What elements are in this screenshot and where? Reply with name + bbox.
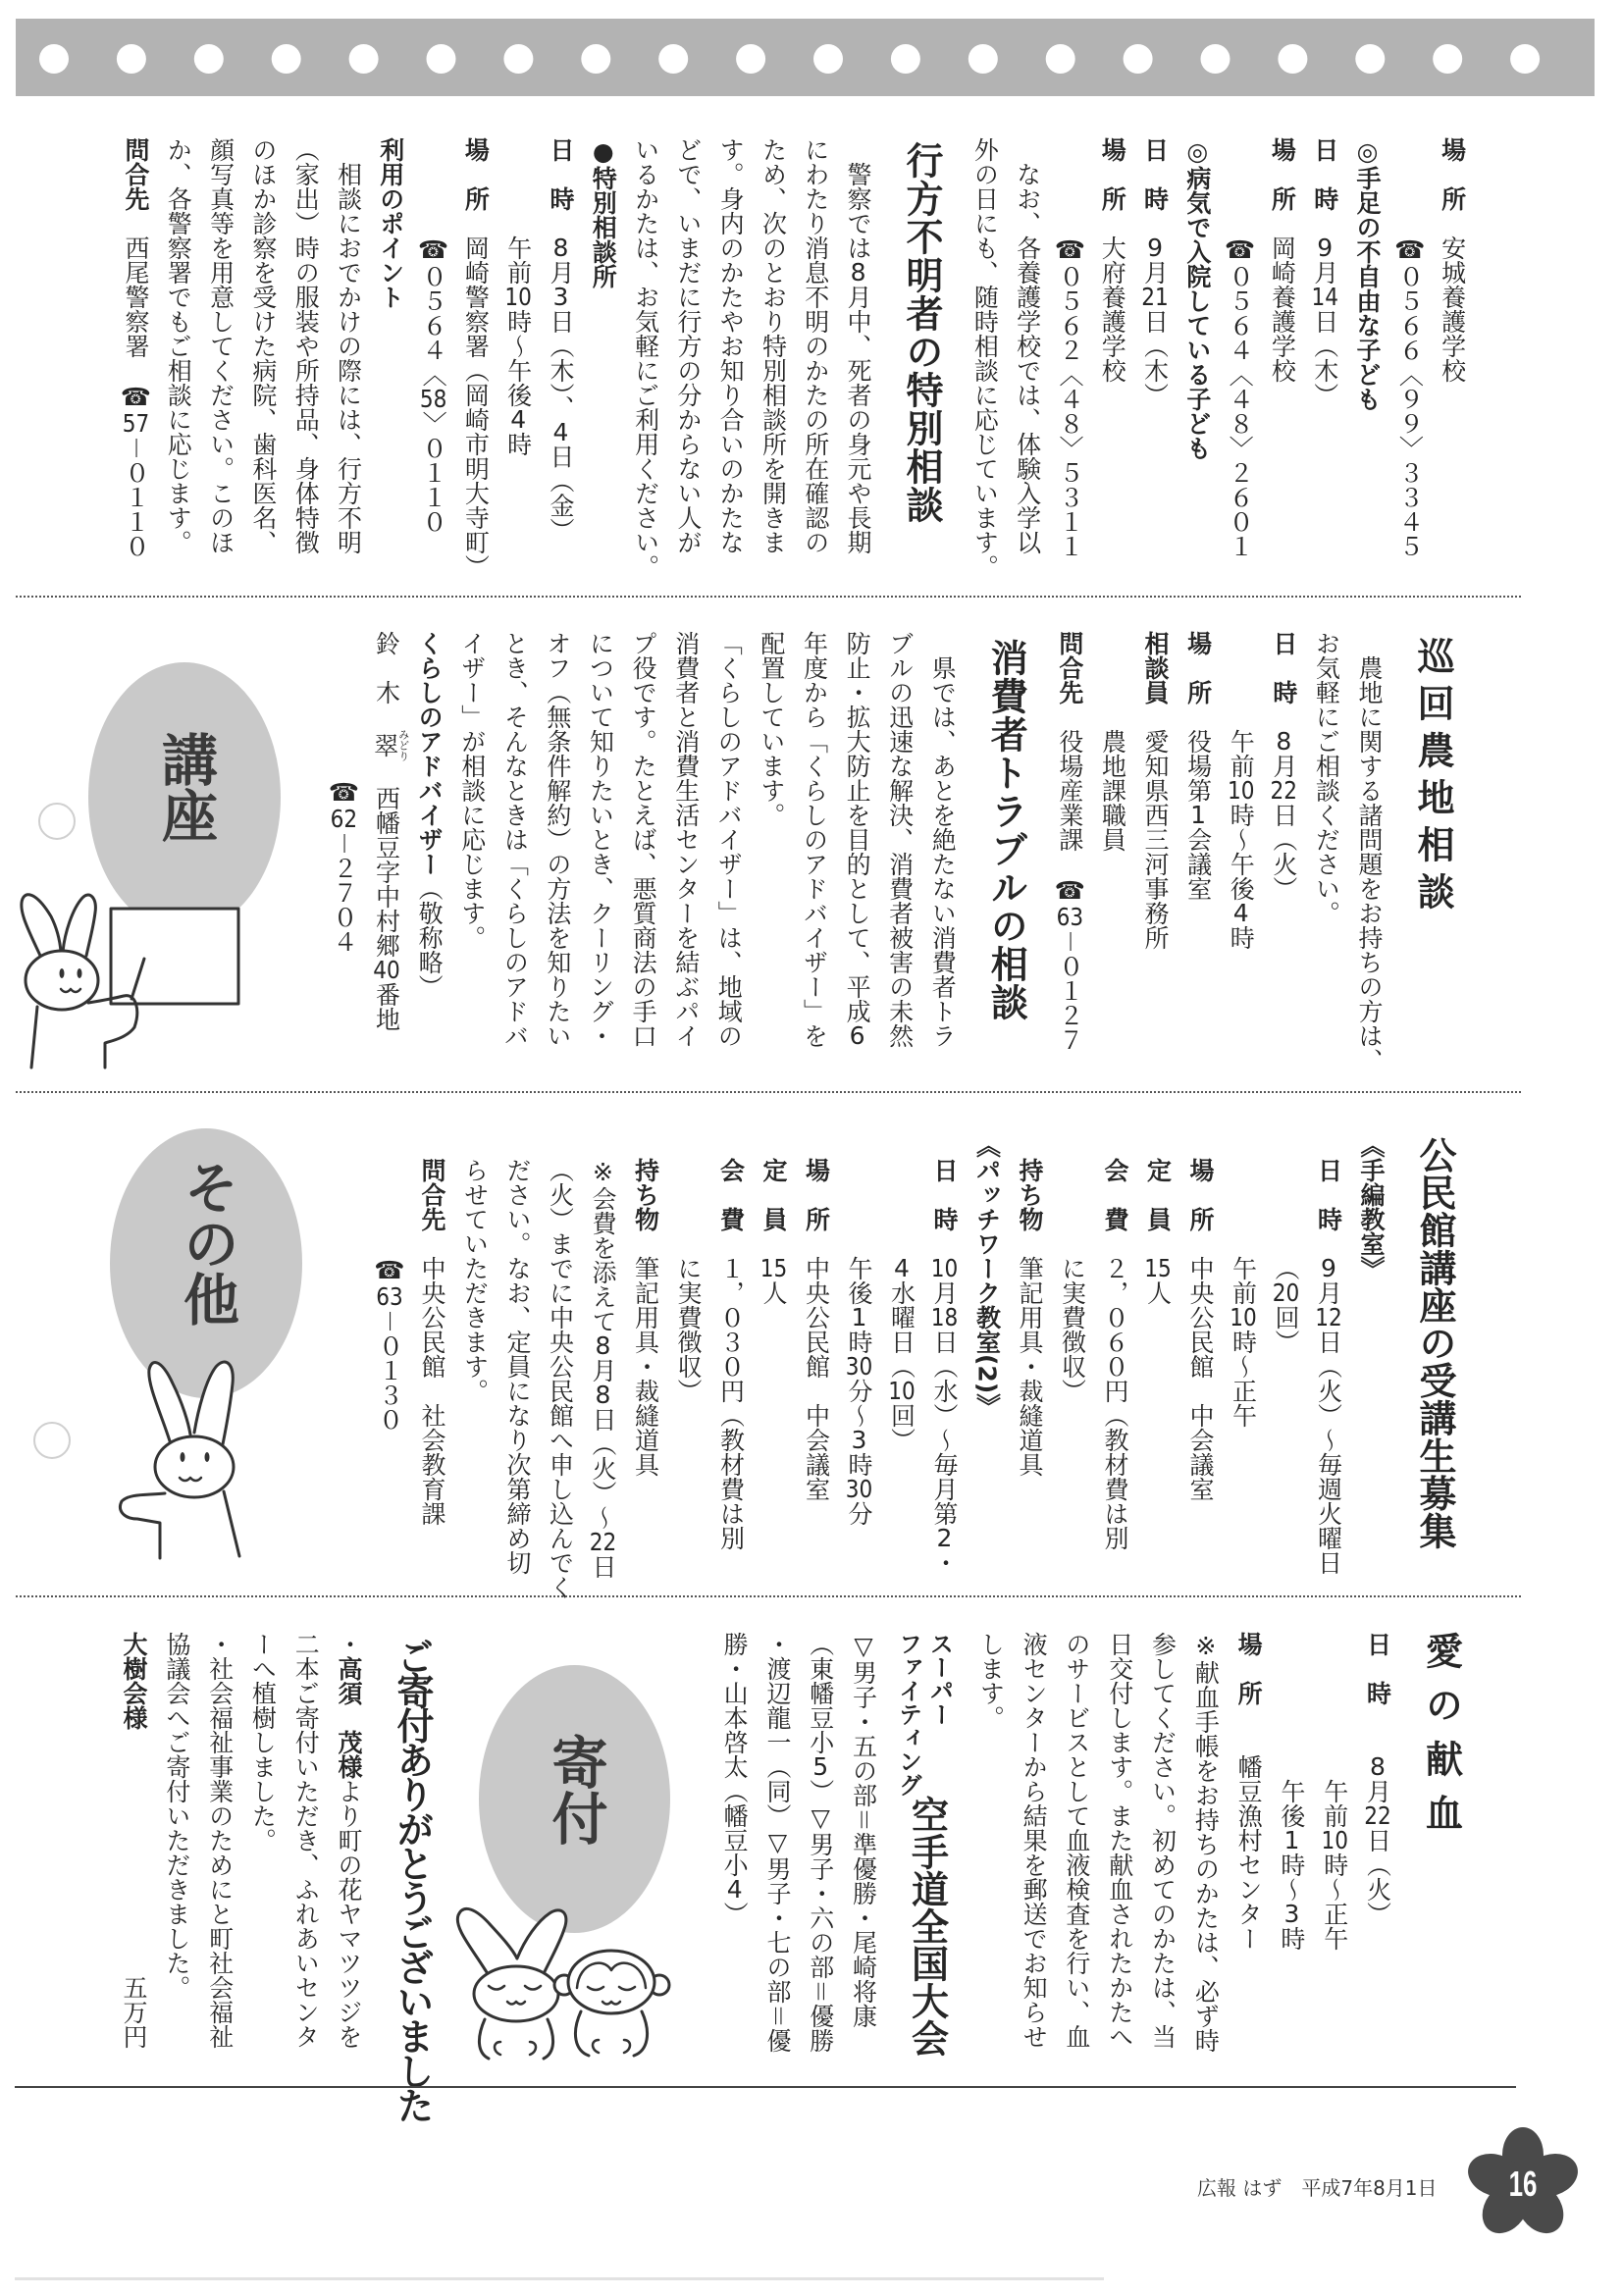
text-column: 液センターから結果を郵送でお知らせ xyxy=(1012,1632,1055,2073)
text-column: 《手編教室》 xyxy=(1350,1133,1393,1575)
text: 「くらしのアドバイザー」は、地域の xyxy=(707,631,751,1048)
text: 中央公民館 社会教育課 xyxy=(411,1256,454,1526)
text-column: （家出）時の服装や所持品、身体特徴 xyxy=(285,137,327,579)
bold-text: 定 員 xyxy=(753,1158,796,1256)
text-column: 会 費２，０６０円（教材費は別 xyxy=(1094,1158,1137,1599)
section-blood-karate: 愛の献血日 時8月22日（火）午前10時～正午午後1時～3時場 所幡豆漁村センタ… xyxy=(712,1632,1483,2083)
text-column: 日 時8月22日（火） xyxy=(1262,631,1305,1072)
text-column: 場 所岡崎警察署（岡崎市明大寺町） xyxy=(454,137,497,579)
text-column: 農地に関する諸問題をお持ちの方は、 xyxy=(1347,655,1390,1097)
text: いるかたは、お気軽にご利用ください。 xyxy=(624,137,666,579)
text-column: 顔写真等を用意してください。このほ xyxy=(199,137,241,579)
binder-hole xyxy=(1355,44,1385,74)
binder-hole xyxy=(1046,44,1075,74)
text: 年度から「くらしのアドバイザー」を xyxy=(793,631,836,1048)
text: 午前10時～正午 xyxy=(1222,1256,1265,1428)
text: （20回） xyxy=(1265,1256,1308,1354)
text-column: なお、各養護学校では、体験入学以 xyxy=(1006,162,1048,603)
text-column: ださい。なお、定員になり次第締め切 xyxy=(497,1158,540,1599)
binder-hole xyxy=(581,44,610,74)
text: 西尾警察署 xyxy=(115,235,157,383)
text-column: 利用のポイント xyxy=(369,137,411,579)
bold-text: 高須 茂様 xyxy=(327,1656,370,1779)
text: 安城養護学校 xyxy=(1431,235,1473,383)
text: イザー」が相談に応じます。 xyxy=(450,631,494,950)
text-column: お気軽にご相談ください。 xyxy=(1305,631,1348,1072)
text: 相談におでかけの際には、行方不明 xyxy=(327,162,369,554)
text-column: について知りたいとき、クーリング・ xyxy=(579,631,622,1072)
bold-text: 場 所 xyxy=(1227,1632,1270,1754)
heading-text: 愛の献血 xyxy=(1420,1632,1463,1848)
bold-text: 持ち物 xyxy=(1009,1158,1052,1256)
bold-text: 日 時 xyxy=(1262,631,1305,729)
text: 15人 xyxy=(1136,1256,1179,1305)
text-column: 持ち物筆記用具・裁縫道具 xyxy=(1009,1158,1052,1599)
heading-text: 巡回農地相談 xyxy=(1411,637,1454,919)
text-column: 相談員愛知県西三河事務所 xyxy=(1133,631,1177,1072)
section-divider xyxy=(16,1595,1521,1597)
text: 中央公民館 中会議室 xyxy=(1179,1256,1223,1501)
text: 二本ご寄付いただき、ふれあいセンタ xyxy=(284,1632,327,2049)
binder-hole xyxy=(1510,44,1540,74)
text-column: らせていただきます。 xyxy=(453,1158,497,1599)
text-column: 定 員15人 xyxy=(753,1158,796,1599)
footer-publication: 広報 はず平成7年8月1日 xyxy=(1197,2172,1438,2201)
text-column: 配置しています。 xyxy=(750,631,793,1072)
heading-text: 行方不明者の特別相談 xyxy=(900,141,943,524)
phone-icon: ☎ xyxy=(1219,235,1261,264)
text-column: 日 時9月14日（木） xyxy=(1303,137,1345,579)
binder-hole xyxy=(813,44,843,74)
text: 午後1時～3時 xyxy=(1270,1779,1313,1951)
publication-name: 広報 はず xyxy=(1197,2176,1282,2200)
text-column: 消費者と消費生活センターを結ぶパイ xyxy=(664,631,707,1072)
text: どで、いまだに行方の分からない人が xyxy=(667,137,709,554)
text-column: ブルの迅速な解決、消費者被害の未然 xyxy=(878,631,921,1072)
text-column: 日 時8月22日（火） xyxy=(1356,1632,1399,2073)
text: ださい。なお、定員になり次第締め切 xyxy=(497,1158,540,1575)
text: す。身内のかたやお知り合いのかたな xyxy=(709,137,752,554)
text-column: 《パッチワーク教室(2)》 xyxy=(966,1133,1009,1575)
phone-icon: ☎ xyxy=(1049,235,1091,264)
text-column: 鈴 木 翠みどり 西幡豆字中村郷40番地 xyxy=(365,631,408,1072)
text-column: 農地課職員 xyxy=(1091,729,1134,1171)
text-column: 相談におでかけの際には、行方不明 xyxy=(327,162,369,603)
text: ※献血手帳をお持ちのかたは、必ず時 xyxy=(1184,1632,1228,2053)
heading-kominkan: 公民館講座の受講生募集 xyxy=(1392,1136,1477,1578)
text-column: ◎病気で入院している子ども xyxy=(1177,137,1219,579)
text-column: 場 所中央公民館 中会議室 xyxy=(1179,1158,1223,1599)
text-column: 日 時9月12日（火）～毎週火曜日 xyxy=(1307,1158,1350,1599)
text: 8月3日（木）、4日（金） xyxy=(540,235,582,543)
text: 4水曜日（10回） xyxy=(880,1256,923,1452)
binder-hole xyxy=(1201,44,1230,74)
text: ・社会福祉事業のためにと町社会福祉 xyxy=(198,1632,241,2049)
text-column: 午前10時～午後4時 xyxy=(1220,729,1263,1171)
text-column: か、各警察署でもご相談に応じます。 xyxy=(157,137,199,579)
text-column: 協議会へご寄付いただきました。 xyxy=(155,1632,198,2073)
text: 液センターから結果を郵送でお知らせ xyxy=(1012,1632,1055,2049)
text: １，０３０円（教材費は別 xyxy=(709,1256,753,1550)
text: にわたり消息不明のかたの所在確認の xyxy=(794,137,836,554)
binder-hole xyxy=(272,44,301,74)
heading-text: 消費者トラブルの相談 xyxy=(984,639,1027,1021)
text-column: ・高須 茂様より町の花ヤマツツジを xyxy=(327,1632,370,2073)
text: 岡崎警察署（岡崎市明大寺町） xyxy=(454,235,497,579)
rabbit-waving-illustration xyxy=(0,1099,412,1590)
text: ▽男子・五の部＝準優勝・尾崎将康 xyxy=(842,1632,885,2028)
binder-hole xyxy=(1278,44,1307,74)
text: らせていただきます。 xyxy=(453,1158,497,1403)
text-column: 問合先西尾警察署 ☎57－０１１０ xyxy=(115,137,157,579)
text-column: ・社会福祉事業のためにと町社会福祉 xyxy=(198,1632,241,2073)
section-donations: ご寄付ありがとうございました・高須 茂様より町の花ヤマツツジを二本ご寄付いただき… xyxy=(112,1632,454,2083)
text: ０５６４〈58〉０１１０ xyxy=(412,264,454,534)
text-column: 場 所幡豆漁村センター xyxy=(1227,1632,1270,2073)
bold-text: 問合先 xyxy=(115,137,157,235)
text-column: のサービスとして血液検査を行い、血 xyxy=(1055,1632,1098,2073)
heading-consumer: 消費者トラブルの相談 xyxy=(964,639,1048,1080)
bold-text: 《パッチワーク教室(2)》 xyxy=(966,1133,1009,1418)
publication-date: 平成7年8月1日 xyxy=(1301,2176,1437,2200)
text: 役場産業課 xyxy=(1048,729,1091,876)
bold-text: 問合先 xyxy=(1048,631,1091,729)
text: 中央公民館 中会議室 xyxy=(795,1256,838,1501)
text-column: 持ち物筆記用具・裁縫道具 xyxy=(624,1158,667,1599)
text-column: （東幡豆小5）▽男子・六の部＝優勝 xyxy=(799,1632,842,2073)
text-column: ☎０５６６〈９９〉３３４５ xyxy=(1388,235,1431,677)
text: （家出）時の服装や所持品、身体特徴 xyxy=(285,137,327,554)
text: 顔写真等を用意してください。このほ xyxy=(199,137,241,554)
bold-text: 場 所 xyxy=(454,137,497,235)
text: ０５６４〈４８〉２６０１ xyxy=(1219,264,1261,558)
section-farmland-consumer: 巡回農地相談農地に関する諸問題をお持ちの方は、お気軽にご相談ください。日 時8月… xyxy=(322,631,1475,1082)
text-column: 年度から「くらしのアドバイザー」を xyxy=(793,631,836,1072)
text-column: 午前10時～午後4時 xyxy=(497,235,539,677)
text: 日交付します。また献血されたかたへ xyxy=(1098,1632,1141,2049)
text-column: のほか診察を受けた病院、歯科医名、 xyxy=(242,137,285,579)
binder-hole xyxy=(658,44,688,74)
binder-hole xyxy=(349,44,379,74)
text: ・渡辺龍一（同）▽男子・七の部＝優 xyxy=(756,1632,799,2053)
text-column: くらしのアドバイザー（敬称略） xyxy=(408,631,451,1072)
text: に実費徴収） xyxy=(667,1256,710,1403)
binder-banner xyxy=(16,19,1595,96)
text: 鈴 木 xyxy=(365,631,408,729)
bold-text: 問合先 xyxy=(411,1158,454,1256)
text: 午前10時～正午 xyxy=(1313,1779,1356,1951)
text-column: 日 時9月21日（木） xyxy=(1133,137,1176,579)
bold-text: ●特別相談所 xyxy=(582,137,624,288)
bold-text: 日 時 xyxy=(1303,137,1345,235)
bold-text: 会 費 xyxy=(1094,1158,1137,1256)
heading-karate: スーパーファイティング空手道全国大会 xyxy=(885,1632,969,2073)
text-column: ため、次のとおり特別相談所を開きま xyxy=(752,137,794,579)
bold-text: 持ち物 xyxy=(624,1158,667,1256)
bold-text: 会 費 xyxy=(709,1158,753,1256)
binder-hole xyxy=(503,44,533,74)
text: 63－０１２７ xyxy=(1048,905,1091,1052)
bold-text: 場 所 xyxy=(795,1158,838,1256)
bold-text: くらしのアドバイザー xyxy=(408,631,451,876)
text-column: 場 所中央公民館 中会議室 xyxy=(795,1158,838,1599)
text: 幡豆漁村センター xyxy=(1227,1754,1270,1951)
text-column: ●特別相談所 xyxy=(582,137,624,579)
text: か、各警察署でもご相談に応じます。 xyxy=(157,137,199,554)
text: 9月21日（木） xyxy=(1133,235,1176,407)
text: 15人 xyxy=(753,1256,796,1305)
text-column: ※会費を添えて8月8日（火）～22日 xyxy=(582,1158,625,1599)
text: 大府養護学校 xyxy=(1091,235,1133,383)
text-column: 午前10時～正午 xyxy=(1313,1779,1356,2220)
phone-icon: ☎ xyxy=(115,383,157,411)
text-column: 午後1時～3時 xyxy=(1270,1779,1313,2220)
heading-prefix-line: スーパー xyxy=(924,1632,956,1797)
text-column: ・渡辺龍一（同）▽男子・七の部＝優 xyxy=(756,1632,799,2073)
text-column: プ役です。たとえば、悪質商法の手口 xyxy=(622,631,665,1072)
bold-text: 日 時 xyxy=(1307,1158,1350,1256)
heading-missing-persons: 行方不明者の特別相談 xyxy=(879,137,964,579)
text: 9月14日（木） xyxy=(1303,235,1345,407)
text-column: （火）までに中央公民館へ申し込んでく xyxy=(539,1158,582,1599)
text: のほか診察を受けた病院、歯科医名、 xyxy=(242,137,285,554)
binder-hole xyxy=(1124,44,1153,74)
scan-edge-line xyxy=(15,2277,1104,2280)
bold-text: 場 所 xyxy=(1177,631,1220,729)
binder-hole xyxy=(427,44,456,74)
text: 防止・拡大防止を目的として、平成6 xyxy=(835,631,878,1048)
text-column: 場 所大府養護学校 xyxy=(1091,137,1133,579)
text: 午後1時30分～3時30分 xyxy=(838,1256,881,1526)
text: 参してください。初めてのかたは、当 xyxy=(1141,1632,1184,2049)
text: 配置しています。 xyxy=(750,631,793,827)
text: します。 xyxy=(969,1632,1013,1730)
text: 午前10時～午後4時 xyxy=(1220,729,1263,950)
bold-text: 日 時 xyxy=(540,137,582,235)
heading-prefix: スーパーファイティング xyxy=(893,1632,956,1797)
text: 午前10時～午後4時 xyxy=(497,235,539,456)
text-column: す。身内のかたやお知り合いのかたな xyxy=(709,137,752,579)
text-column: ※献血手帳をお持ちのかたは、必ず時 xyxy=(1184,1632,1228,2073)
heading-text: ご寄付ありがとうございました xyxy=(391,1638,434,2121)
text-column: 「くらしのアドバイザー」は、地域の xyxy=(707,631,751,1072)
rabbit-holding-sign-illustration xyxy=(0,599,334,1089)
text-column: 場 所岡崎養護学校 xyxy=(1261,137,1303,579)
text: ・ xyxy=(327,1632,370,1656)
binder-hole xyxy=(39,44,69,74)
text: 愛知県西三河事務所 xyxy=(1133,729,1177,950)
text: お気軽にご相談ください。 xyxy=(1305,631,1348,925)
text-column: 参してください。初めてのかたは、当 xyxy=(1141,1632,1184,2073)
text: 農地に関する諸問題をお持ちの方は、 xyxy=(1347,655,1390,1072)
bold-text: 相談員 xyxy=(1133,631,1177,729)
text-column: 日 時10月18日（水）～毎月第2・ xyxy=(923,1158,967,1599)
text-column: 大樹会様五万円 xyxy=(112,1632,155,2073)
text: なお、各養護学校では、体験入学以 xyxy=(1006,162,1048,554)
text: （火）までに中央公民館へ申し込んでく xyxy=(539,1158,582,1599)
text: 協議会へご寄付いただきました。 xyxy=(155,1632,198,2000)
binder-hole xyxy=(736,44,765,74)
binder-hole xyxy=(194,44,224,74)
text-column: いるかたは、お気軽にご利用ください。 xyxy=(624,137,666,579)
text: 8月22日（火） xyxy=(1262,729,1305,901)
text: 消費者と消費生活センターを結ぶパイ xyxy=(664,631,707,1048)
heading-text: 空手道全国大会 xyxy=(885,1796,969,2057)
text: 57－０１１０ xyxy=(115,411,157,558)
bold-text: 《手編教室》 xyxy=(1350,1133,1393,1280)
rabbit-and-monkey-illustration xyxy=(432,1658,726,2080)
text: のサービスとして血液検査を行い、血 xyxy=(1055,1632,1098,2049)
heading-text: 公民館講座の受講生募集 xyxy=(1413,1136,1456,1549)
text: 役場第1会議室 xyxy=(1177,729,1220,901)
text: ブルの迅速な解決、消費者被害の未然 xyxy=(878,631,921,1048)
text-column: ▽男子・五の部＝準優勝・尾崎将康 xyxy=(842,1632,885,2073)
bold-text: 大樹会様 xyxy=(112,1632,155,1975)
bold-text: 場 所 xyxy=(1431,137,1473,235)
text: プ役です。たとえば、悪質商法の手口 xyxy=(622,631,665,1048)
text-column: イザー」が相談に応じます。 xyxy=(450,631,494,1072)
text-column: ーへ植樹しました。 xyxy=(241,1632,285,2073)
bold-text: 日 時 xyxy=(923,1158,967,1256)
text: とき、そんなときは「くらしのアドバ xyxy=(494,631,537,1048)
heading-donation: ご寄付ありがとうございました xyxy=(370,1638,454,2079)
text: （敬称略） xyxy=(408,876,451,999)
text-column: 県では、あとを絶たない消費者トラ xyxy=(921,655,965,1097)
text: 9月12日（火）～毎週火曜日 xyxy=(1307,1256,1350,1575)
text: ０５６２〈４８〉５３１１ xyxy=(1049,264,1091,558)
binder-hole xyxy=(969,44,998,74)
phone-icon: ☎ xyxy=(1388,235,1431,264)
text-column: 会 費１，０３０円（教材費は別 xyxy=(709,1158,753,1599)
heading-farmland: 巡回農地相談 xyxy=(1390,637,1475,1078)
section-special-consultation: 場 所安城養護学校☎０５６６〈９９〉３３４５◎手足の不自由な子ども日 時9月14… xyxy=(115,137,1474,589)
text-column: 場 所役場第1会議室 xyxy=(1177,631,1220,1072)
text: ０５６６〈９９〉３３４５ xyxy=(1388,264,1431,558)
heading-blood: 愛の献血 xyxy=(1399,1632,1484,2073)
text-column: にわたり消息不明のかたの所在確認の xyxy=(794,137,836,579)
heading-prefix-line: ファイティング xyxy=(893,1632,924,1797)
text: （東幡豆小5）▽男子・六の部＝優勝 xyxy=(799,1632,842,2053)
text-column: に実費徴収） xyxy=(667,1256,710,1697)
text: に実費徴収） xyxy=(1051,1256,1094,1403)
text: ーへ植樹しました。 xyxy=(241,1632,285,1852)
phone-icon: ☎ xyxy=(1048,876,1091,905)
text-column: 日交付します。また献血されたかたへ xyxy=(1098,1632,1141,2073)
text: 西幡豆字中村郷40番地 xyxy=(365,761,408,1031)
text-column: ☎０５６４〈58〉０１１０ xyxy=(412,235,454,677)
bold-text: 日 時 xyxy=(1133,137,1176,235)
section-kominkan-courses: 公民館講座の受講生募集《手編教室》日 時9月12日（火）～毎週火曜日（20回）午… xyxy=(368,1158,1477,1609)
text-column: 問合先中央公民館 社会教育課 xyxy=(411,1158,454,1599)
text: 10月18日（水）～毎月第2・ xyxy=(923,1256,967,1575)
text-column: します。 xyxy=(969,1632,1013,2073)
text: ２，０６０円（教材費は別 xyxy=(1094,1256,1137,1550)
bold-text: 日 時 xyxy=(1356,1632,1399,1754)
bold-text: 定 員 xyxy=(1136,1158,1179,1256)
text-column: どで、いまだに行方の分からない人が xyxy=(667,137,709,579)
binder-hole xyxy=(891,44,920,74)
text-column: 防止・拡大防止を目的として、平成6 xyxy=(835,631,878,1072)
phone-icon: ☎ xyxy=(412,235,454,264)
text-column: ☎０５６４〈４８〉２６０１ xyxy=(1219,235,1261,677)
text: ※会費を添えて8月8日（火）～22日 xyxy=(582,1158,625,1579)
text-column: ◎手足の不自由な子ども xyxy=(1346,137,1388,579)
ruby-text: 翠みどり xyxy=(371,729,399,761)
footer-rule xyxy=(15,2086,1516,2088)
bold-text: 場 所 xyxy=(1179,1158,1223,1256)
text-column: 二本ご寄付いただき、ふれあいセンタ xyxy=(284,1632,327,2073)
ruby-reading: みどり xyxy=(397,729,410,761)
text: 外の日にも、随時相談に応じています。 xyxy=(964,137,1006,579)
text: 8月22日（火） xyxy=(1356,1754,1399,1926)
text-column: 定 員15人 xyxy=(1136,1158,1179,1599)
text: 県では、あとを絶たない消費者トラ xyxy=(921,655,965,1048)
text: 警察では8月中、死者の身元や長期 xyxy=(837,162,879,554)
text-column: とき、そんなときは「くらしのアドバ xyxy=(494,631,537,1072)
text-column: 警察では8月中、死者の身元や長期 xyxy=(837,162,879,603)
text: 農地課職員 xyxy=(1091,729,1134,852)
binder-hole xyxy=(1433,44,1462,74)
text: オフ（無条件解約）の方法を知りたい xyxy=(536,631,579,1048)
text: 筆記用具・裁縫道具 xyxy=(1009,1256,1052,1477)
text: ため、次のとおり特別相談所を開きま xyxy=(752,137,794,554)
text: 筆記用具・裁縫道具 xyxy=(624,1256,667,1477)
ruby-base: 翠 xyxy=(371,729,399,761)
text: 岡崎養護学校 xyxy=(1261,235,1303,383)
text: 翠みどり xyxy=(363,729,409,761)
bold-text: ◎手足の不自由な子ども xyxy=(1346,137,1388,411)
text-column: 日 時8月3日（木）、4日（金） xyxy=(540,137,582,579)
text-column: 問合先役場産業課 ☎63－０１２７ xyxy=(1048,631,1091,1072)
page-number-text: 16 xyxy=(1509,2164,1538,2205)
text-column: 外の日にも、随時相談に応じています。 xyxy=(964,137,1006,579)
text-column: 場 所安城養護学校 xyxy=(1431,137,1473,579)
bold-text: 場 所 xyxy=(1091,137,1133,235)
section-divider xyxy=(16,596,1521,598)
text-column: オフ（無条件解約）の方法を知りたい xyxy=(536,631,579,1072)
text: について知りたいとき、クーリング・ xyxy=(579,631,622,1048)
bold-text: 利用のポイント xyxy=(369,137,411,309)
text: 五万円 xyxy=(112,1975,155,2049)
section-divider xyxy=(16,1091,1521,1093)
binder-hole xyxy=(117,44,146,74)
text-column: ☎０５６２〈４８〉５３１１ xyxy=(1049,235,1091,677)
page-number: 16 xyxy=(1462,2125,1584,2243)
bold-text: 場 所 xyxy=(1261,137,1303,235)
text: より町の花ヤマツツジを xyxy=(327,1779,370,2049)
bold-text: ◎病気で入院している子ども xyxy=(1177,137,1219,460)
